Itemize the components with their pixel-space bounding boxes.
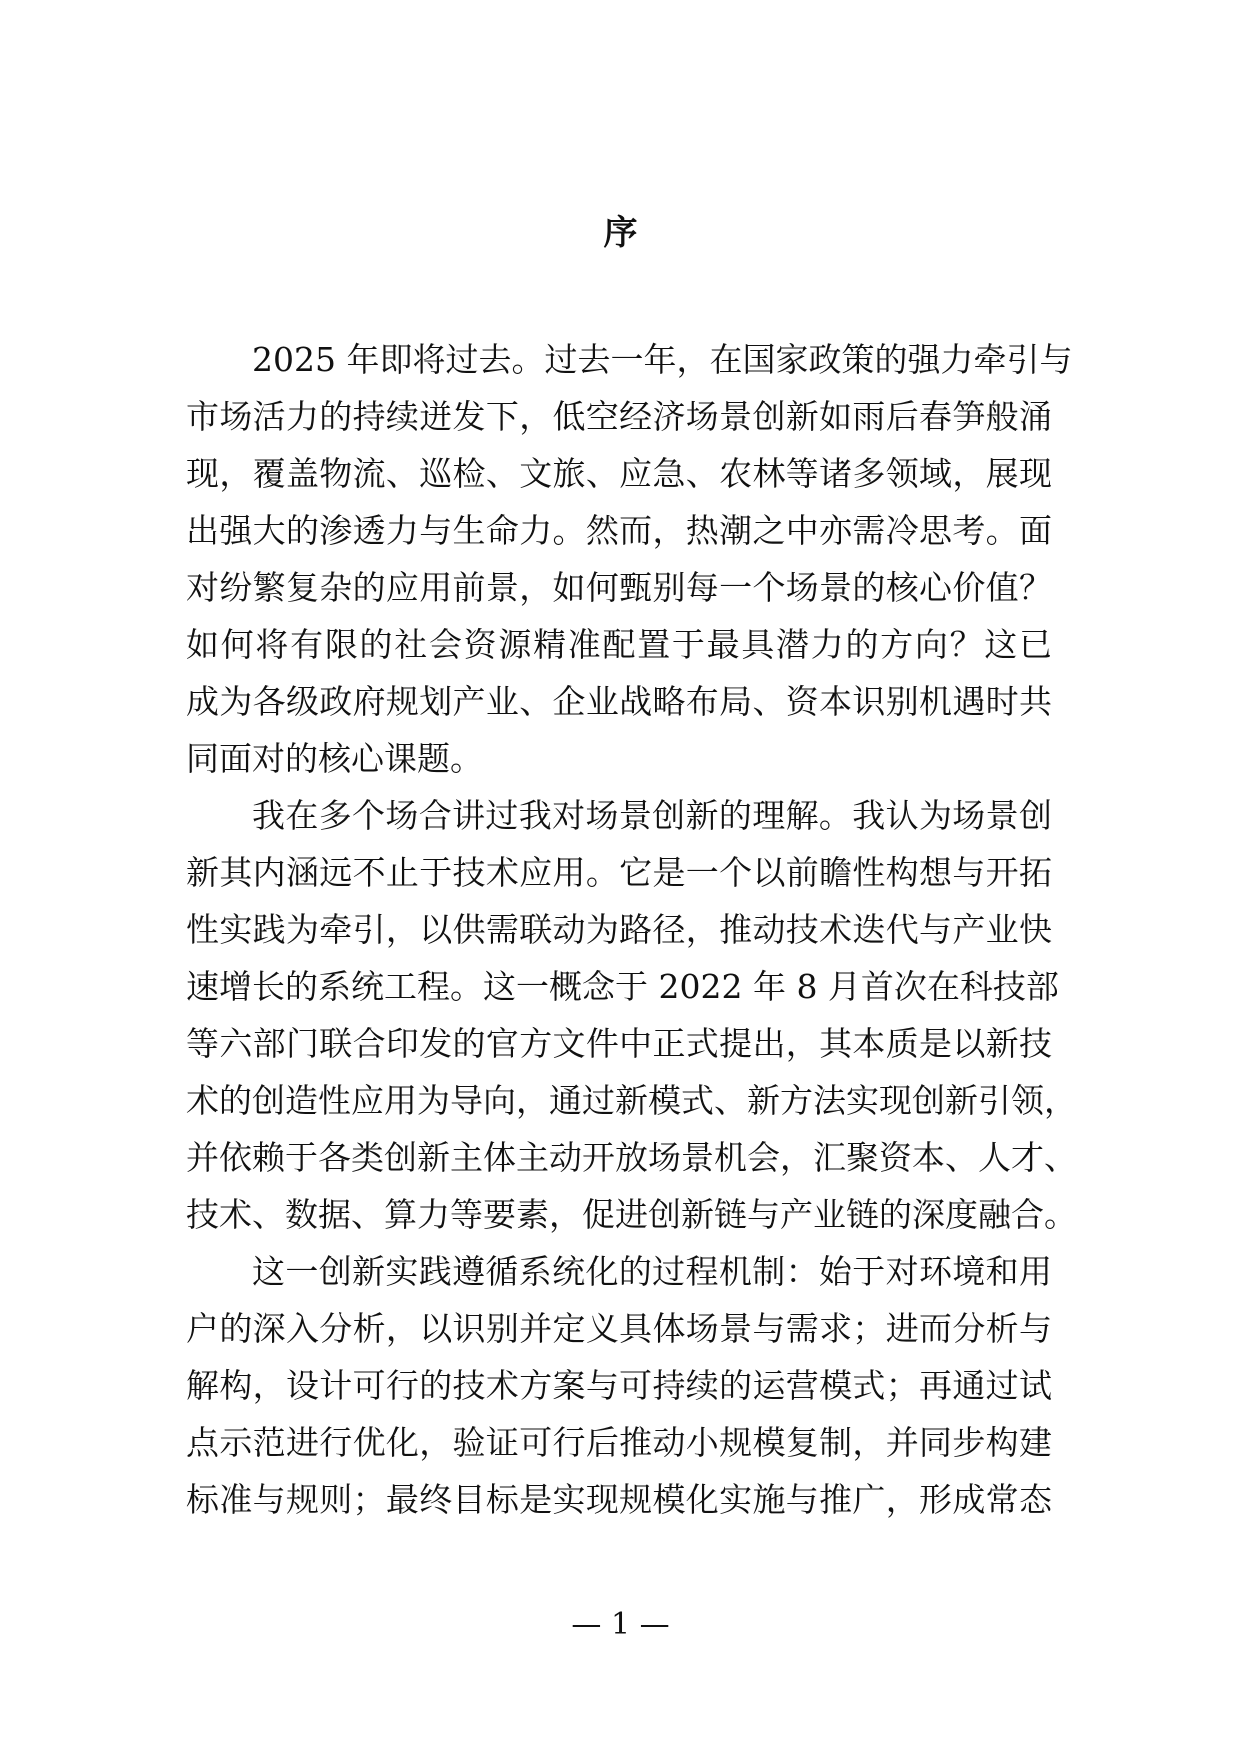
paragraph-2-line-6: 术的创造性应用为导向，通过新模式、新方法实现创新引领，	[186, 1072, 1052, 1129]
paragraph-1-line-7: 成为各级政府规划产业、企业战略布局、资本识别机遇时共	[186, 673, 1052, 730]
paragraph-2-line-1: 我在多个场合讲过我对场景创新的理解。我认为场景创	[186, 787, 1052, 844]
paragraph-3-line-5: 标准与规则；最终目标是实现规模化实施与推广，形成常态	[186, 1471, 1052, 1528]
paragraph-2-line-8: 技术、数据、算力等要素，促进创新链与产业链的深度融合。	[186, 1186, 1052, 1243]
paragraph-2-line-4: 速增长的系统工程。这一概念于 2022 年 8 月首次在科技部	[186, 958, 1052, 1015]
paragraph-3-line-2: 户的深入分析，以识别并定义具体场景与需求；进而分析与	[186, 1300, 1052, 1357]
paragraph-1-line-3: 现，覆盖物流、巡检、文旅、应急、农林等诸多领域，展现	[186, 445, 1052, 502]
paragraph-1-line-1: 2025 年即将过去。过去一年，在国家政策的强力牵引与	[186, 331, 1052, 388]
paragraph-3-line-4: 点示范进行优化，验证可行后推动小规模复制，并同步构建	[186, 1414, 1052, 1471]
paragraph-1-line-5: 对纷繁复杂的应用前景，如何甄别每一个场景的核心价值？	[186, 559, 1052, 616]
paragraph-1-line-8: 同面对的核心课题。	[186, 730, 1052, 787]
paragraph-2-line-2: 新其内涵远不止于技术应用。它是一个以前瞻性构想与开拓	[186, 844, 1052, 901]
paragraph-2-line-5: 等六部门联合印发的官方文件中正式提出，其本质是以新技	[186, 1015, 1052, 1072]
document-page: 序 2025 年即将过去。过去一年，在国家政策的强力牵引与 市场活力的持续迸发下…	[0, 0, 1241, 1754]
paragraph-3-line-3: 解构，设计可行的技术方案与可持续的运营模式；再通过试	[186, 1357, 1052, 1414]
paragraph-2-line-3: 性实践为牵引，以供需联动为路径，推动技术迭代与产业快	[186, 901, 1052, 958]
paragraph-1-line-4: 出强大的渗透力与生命力。然而，热潮之中亦需冷思考。面	[186, 502, 1052, 559]
page-number: — 1 —	[0, 1600, 1241, 1650]
paragraph-3-line-1: 这一创新实践遵循系统化的过程机制：始于对环境和用	[186, 1243, 1052, 1300]
page-title: 序	[0, 205, 1241, 261]
paragraph-1-line-6: 如何将有限的社会资源精准配置于最具潜力的方向？这已	[186, 616, 1052, 673]
body-text: 2025 年即将过去。过去一年，在国家政策的强力牵引与 市场活力的持续迸发下，低…	[186, 331, 1052, 1528]
paragraph-1-line-2: 市场活力的持续迸发下，低空经济场景创新如雨后春笋般涌	[186, 388, 1052, 445]
paragraph-2-line-7: 并依赖于各类创新主体主动开放场景机会，汇聚资本、人才、	[186, 1129, 1052, 1186]
